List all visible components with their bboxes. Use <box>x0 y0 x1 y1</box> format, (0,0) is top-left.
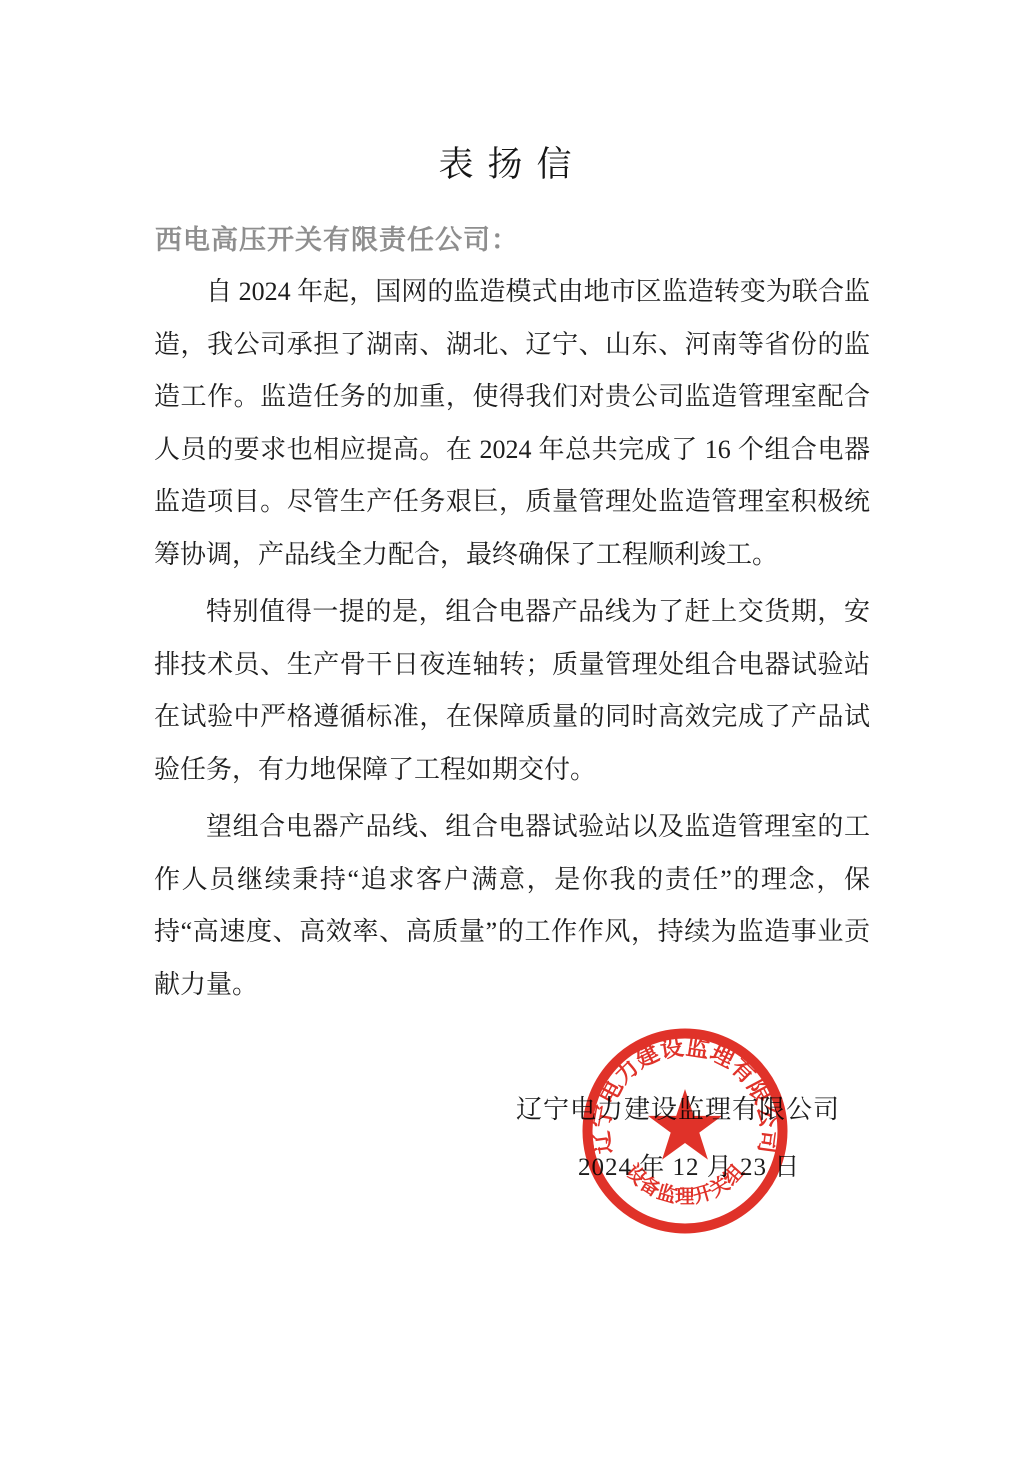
seal-bottom-text: 设备监理开关组 <box>621 1160 749 1208</box>
page-title: 表扬信 <box>0 0 1024 185</box>
body-paragraph: 望组合电器产品线、组合电器试验站以及监造管理室的工作人员继续秉持“追求客户满意，… <box>154 801 870 1011</box>
letter-page: 表扬信 西电高压开关有限责任公司： 自 2024 年起，国网的监造模式由地市区监… <box>0 0 1024 1469</box>
body-paragraph: 自 2024 年起，国网的监造模式由地市区监造转变为联合监造，我公司承担了湖南、… <box>154 266 870 581</box>
star-icon <box>648 1089 722 1160</box>
addressee-line: 西电高压开关有限责任公司： <box>155 224 869 257</box>
company-seal: 辽宁电力建设监理有限公司 设备监理开关组 <box>575 1021 795 1241</box>
body-paragraph: 特别值得一提的是，组合电器产品线为了赶上交货期，安排技术员、生产骨干日夜连轴转；… <box>154 586 870 796</box>
letter-body: 自 2024 年起，国网的监造模式由地市区监造转变为联合监造，我公司承担了湖南、… <box>154 266 870 1011</box>
